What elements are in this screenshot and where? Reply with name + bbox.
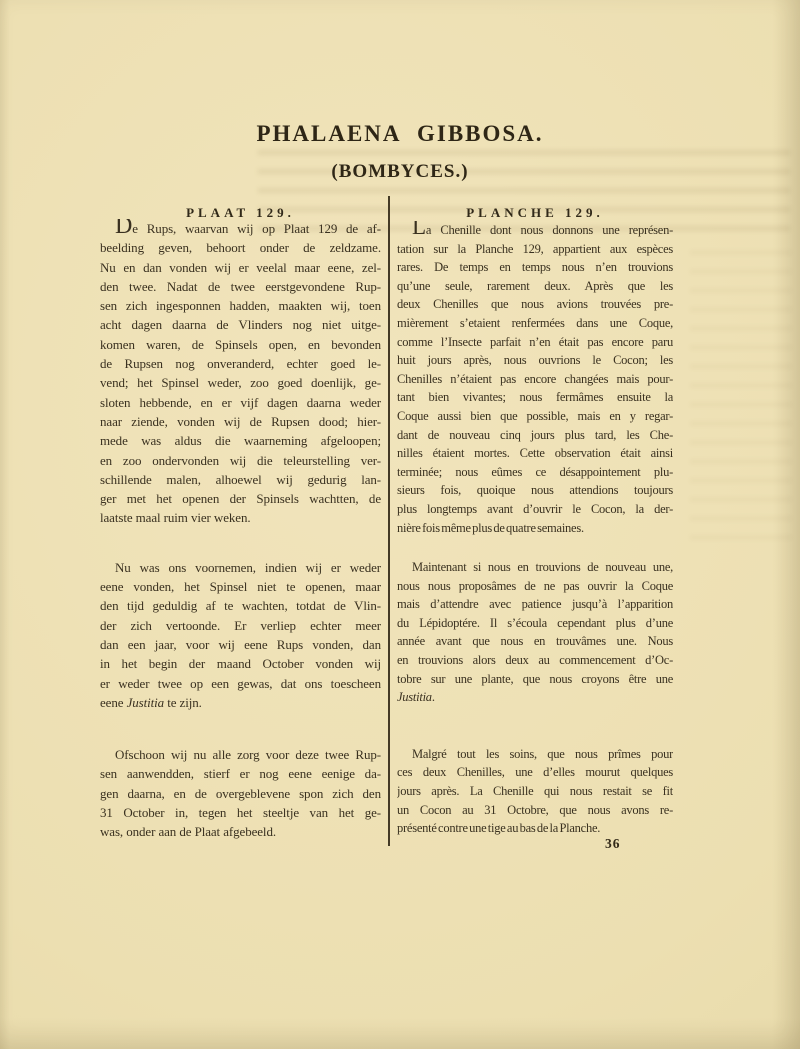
text-line: année avant que nous en trouvâmes une. N…	[397, 632, 673, 651]
text-line: terminée; nous eûmes ce désappointement …	[397, 463, 673, 482]
paragraph: La Chenille dont nous donnons une représ…	[397, 221, 673, 537]
text-line: vend; het Spinsel weder, zoo goed doenli…	[100, 373, 381, 392]
text-line: der zich vertoonde. Er verliep echter me…	[100, 616, 381, 635]
text-line: deux Chenilles que nous avions trouvées …	[397, 295, 673, 314]
text-line: in het begin der maand October vonden wi…	[100, 654, 381, 673]
text-line: ces deux Chenilles, une d’elles mourut q…	[397, 763, 673, 782]
text-line: jours après. La Chenille qui nous restai…	[397, 782, 673, 801]
french-text-column: La Chenille dont nous donnons une représ…	[397, 221, 673, 838]
paragraph: Maintenant si nous en trouvions de nouve…	[397, 558, 673, 707]
text-line: mede was aldus die waarneming afgeloopen…	[100, 431, 381, 450]
text-line: nous nous proposâmes de ne pas ouvrir la…	[397, 577, 673, 596]
text-line: en zoo ondervonden wij die teleurstellin…	[100, 451, 381, 470]
text-line: dant de nouveau cinq jours plus tard, le…	[397, 426, 673, 445]
text-line: komen waren, de Spinsels open, en bevond…	[100, 335, 381, 354]
text-line: beelding geven, behoort onder de zeldzam…	[100, 238, 381, 257]
text-line: un Cocon au 31 Octobre, que nous avons r…	[397, 801, 673, 820]
text-line: mièrement s’etaient renfermées dans une …	[397, 314, 673, 333]
text-line: Maintenant si nous en trouvions de nouve…	[397, 558, 673, 577]
text-line: schillende malen, alhoewel wij gedurig l…	[100, 470, 381, 489]
text-line: Coque aussi bien que possible, mais en y…	[397, 407, 673, 426]
verso-showthrough	[690, 250, 792, 540]
text-line: acht dagen daarna de Vlinders nog niet u…	[100, 315, 381, 334]
text-line: sen zich ingesponnen hadden, maakten wij…	[100, 296, 381, 315]
text-line: 31 October in, tegen het steeltje van he…	[100, 803, 381, 822]
text-line: de Rupsen nog onveranderd, echter goed l…	[100, 354, 381, 373]
book-page: PHALAENA GIBBOSA. (BOMBYCES.) PLAAT 129.…	[0, 0, 800, 1049]
text-line: den tijd geduldig af te wachten, totdat …	[100, 596, 381, 615]
paragraph: Ofschoon wij nu alle zorg voor deze twee…	[100, 745, 381, 841]
text-line: sen aanwendden, stierf er nog eene eenig…	[100, 764, 381, 783]
paragraph: Nu was ons voornemen, indien wij er wede…	[100, 558, 381, 712]
text-line: mais d’attendre avec patience jusqu’à l’…	[397, 595, 673, 614]
paragraph: De Rups, waarvan wij op Plaat 129 de af-…	[100, 219, 381, 528]
text-line: nière fois même plus de quatre semaines.	[397, 519, 673, 538]
text-line: eene Justitia te zijn.	[100, 693, 381, 712]
text-line: sieurs fois, quoique nous attendions tou…	[397, 481, 673, 500]
text-line: rares. De temps en temps nous n’en trouv…	[397, 258, 673, 277]
species-title: PHALAENA GIBBOSA.	[0, 121, 800, 147]
family-subtitle: (BOMBYCES.)	[0, 161, 800, 183]
text-line: qu’une seule, rarement deux. Après que l…	[397, 277, 673, 296]
text-line: laatste maal ruim vier weken.	[100, 508, 381, 527]
plate-header-french: PLANCHE 129.	[397, 205, 673, 221]
text-line: Ofschoon wij nu alle zorg voor deze twee…	[100, 745, 381, 764]
text-line: ger met het openen der Spinsels wachtten…	[100, 489, 381, 508]
text-line: tation sur la Planche 129, appartient au…	[397, 240, 673, 259]
text-line: Chenilles n’étaient pas encore changées …	[397, 370, 673, 389]
text-line: huit jours après, nous ouvrions le Cocon…	[397, 351, 673, 370]
text-line: Justitia.	[397, 688, 673, 707]
signature-number: 36	[397, 836, 673, 852]
drop-cap: L	[412, 221, 426, 240]
text-line: was, onder aan de Plaat afgebeeld.	[100, 822, 381, 841]
text-line: La Chenille dont nous donnons une représ…	[397, 221, 673, 240]
text-line: en trouvions alors deux au commencement …	[397, 651, 673, 670]
text-line: er weder twee op een gewas, dat ons toes…	[100, 674, 381, 693]
text-line: Nu en dan vonden wij er veelal maar eene…	[100, 258, 381, 277]
text-line: du Lépidoptére. Il s’écoula cependant pl…	[397, 614, 673, 633]
text-line: dan een jaar, voor wij eene Rups vonden,…	[100, 635, 381, 654]
text-line: comme l’Insecte parfait n’en était pas e…	[397, 333, 673, 352]
text-line: gen daarna, en de overgeblevene spon zic…	[100, 784, 381, 803]
text-line: nilles étaient mortes. Cette observation…	[397, 444, 673, 463]
text-line: naar ziende, vonden wij de Rupsen dood; …	[100, 412, 381, 431]
text-line: De Rups, waarvan wij op Plaat 129 de af-	[100, 219, 381, 238]
text-line: tant bien vivantes; nous fermâmes ensuit…	[397, 388, 673, 407]
paragraph: Malgré tout les soins, que nous prîmes p…	[397, 745, 673, 838]
text-line: tobre sur une plante, que nous croyons ê…	[397, 670, 673, 689]
dutch-text-column: De Rups, waarvan wij op Plaat 129 de af-…	[100, 219, 381, 842]
text-line: sloten hebbende, en er vijf dagen daarna…	[100, 393, 381, 412]
text-line: eene vonden, het Spinsel niet te openen,…	[100, 577, 381, 596]
text-line: den twee. Nadat de twee eerstgevondene R…	[100, 277, 381, 296]
text-line: Malgré tout les soins, que nous prîmes p…	[397, 745, 673, 764]
drop-cap: D	[115, 219, 132, 238]
text-line: Nu was ons voornemen, indien wij er wede…	[100, 558, 381, 577]
text-line: plus longtemps avant d’ouvrir le Cocon, …	[397, 500, 673, 519]
column-divider-rule	[388, 196, 390, 846]
